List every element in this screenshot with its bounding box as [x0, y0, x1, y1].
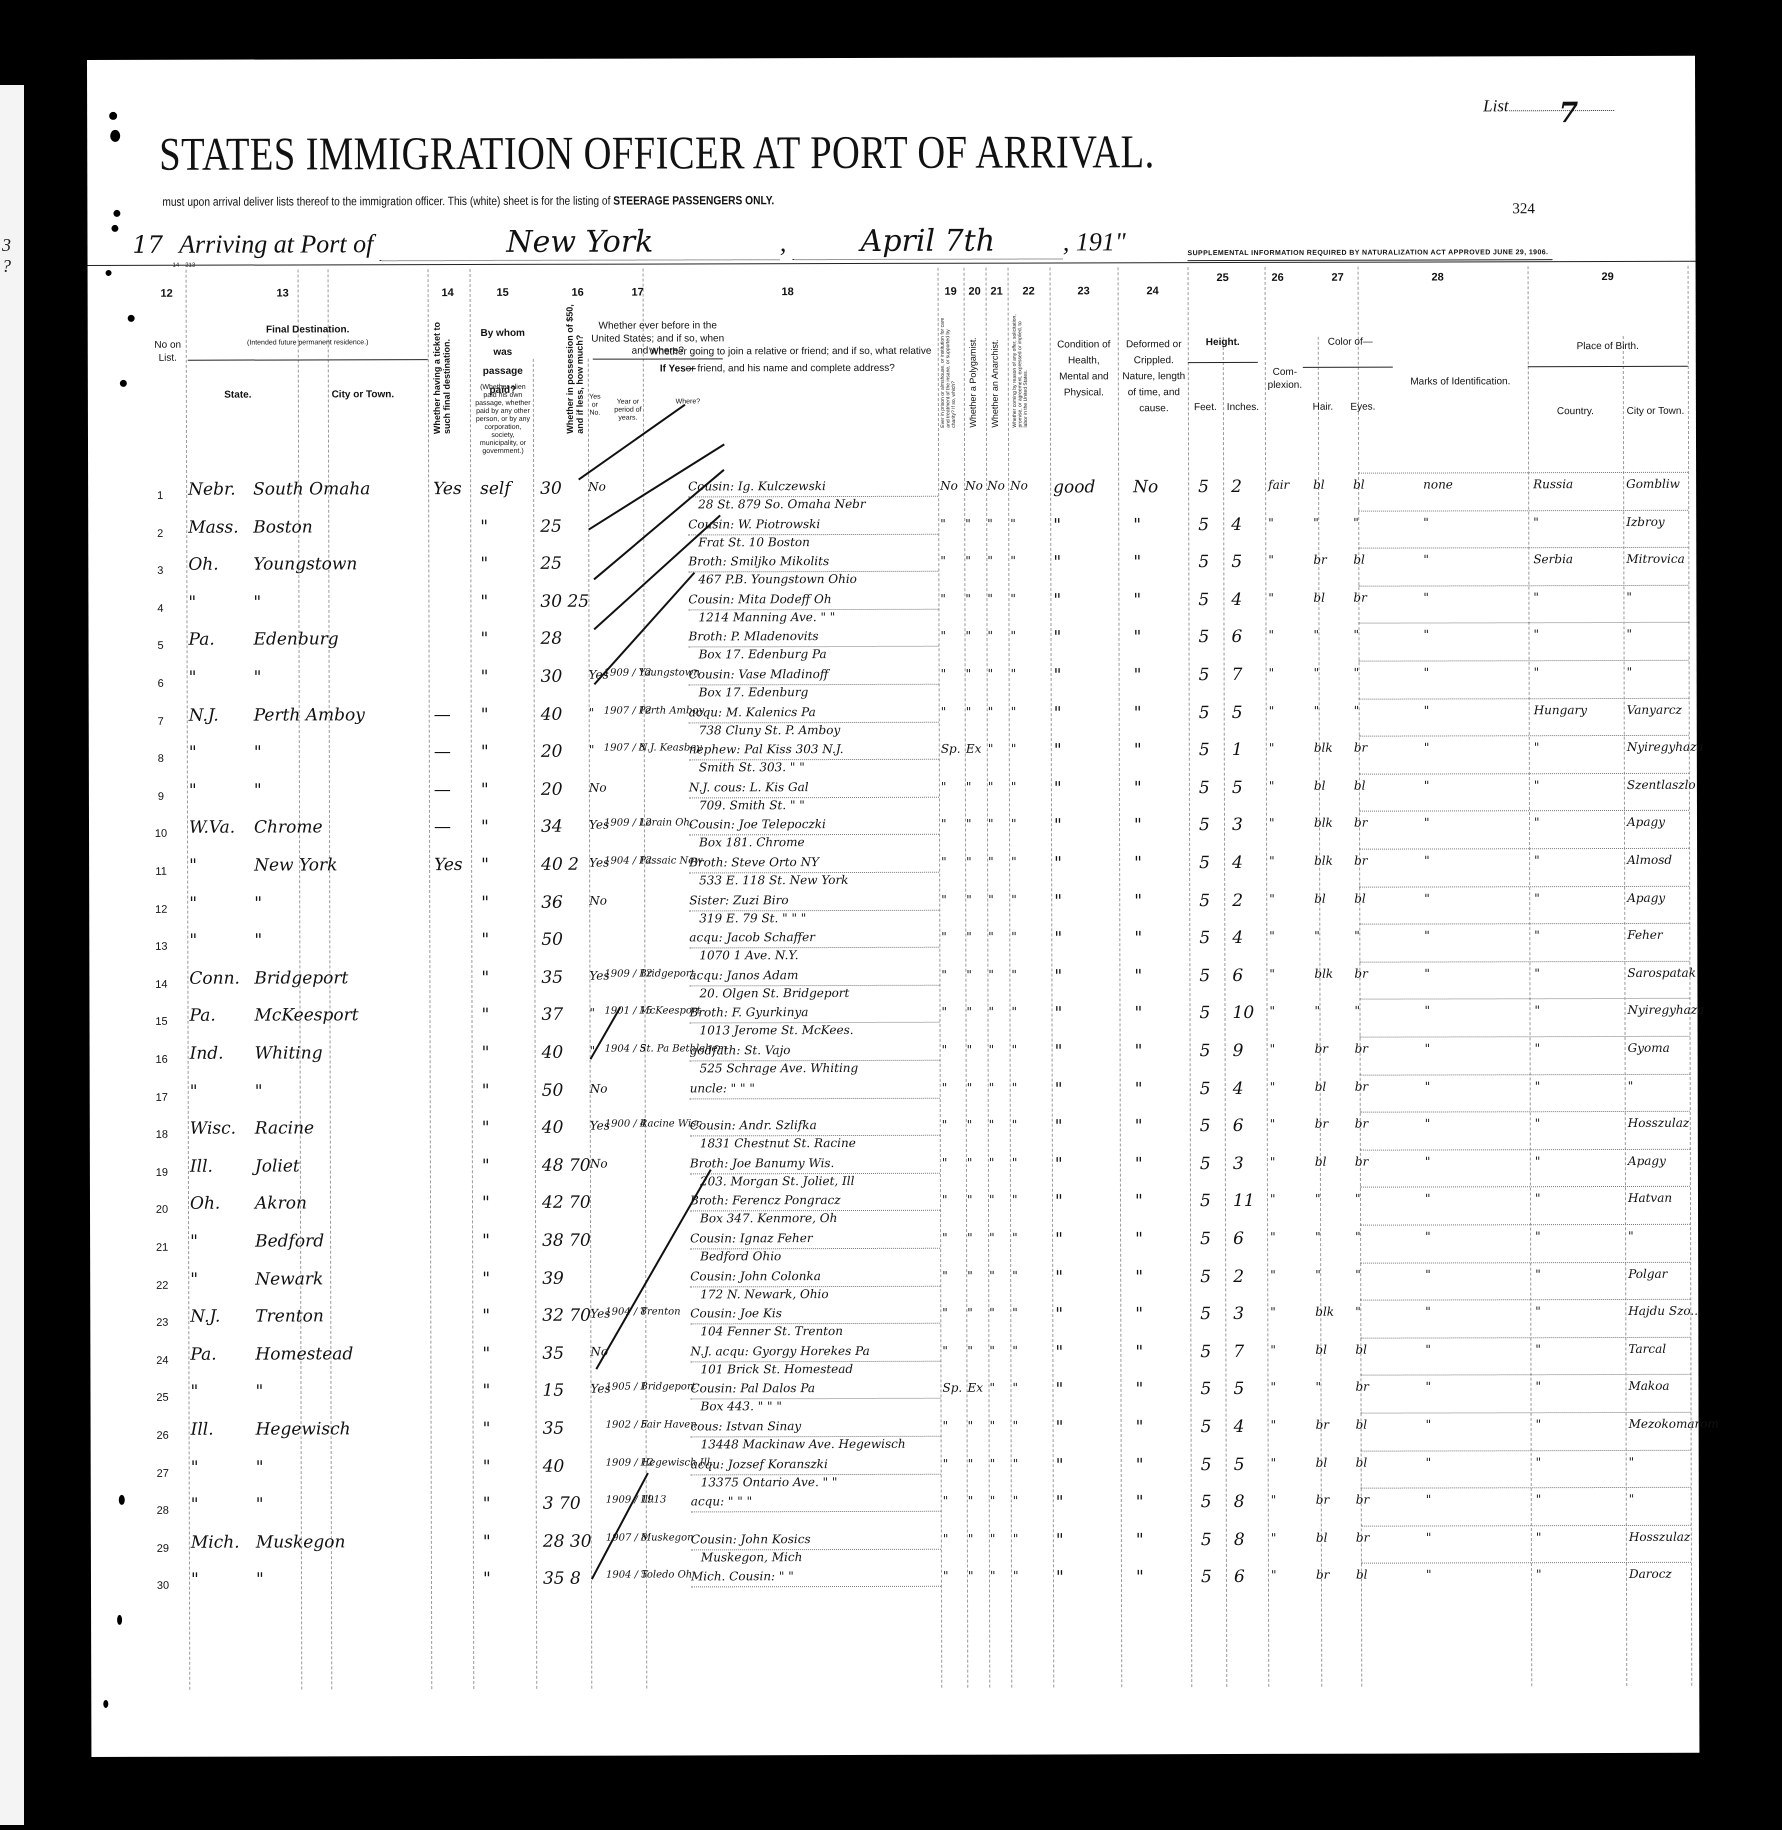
anarchist-value: ": [988, 818, 994, 830]
polygamist-value: ": [965, 517, 971, 529]
labor-contract-value: ": [1012, 1156, 1018, 1168]
hair-color: blk: [1314, 968, 1333, 980]
labor-contract-value: ": [1010, 630, 1016, 642]
deformed-value: ": [1134, 855, 1142, 872]
height-inches: 2: [1231, 479, 1242, 496]
complexion-value: ": [1269, 742, 1275, 754]
relative-name: Cousin: Mita Dodeff Oh: [688, 593, 831, 605]
hair-color: ": [1313, 516, 1319, 528]
destination-state: N.J.: [189, 707, 219, 724]
header-eyes: Eyes.: [1343, 402, 1383, 415]
marks-value: ": [1425, 1193, 1431, 1205]
destination-state: ": [189, 895, 197, 912]
previous-visit-where: Trenton: [640, 1308, 680, 1318]
labor-contract-value: ": [1013, 1532, 1019, 1544]
destination-city: Boston: [253, 519, 313, 536]
anarchist-value: ": [988, 1006, 994, 1018]
marks-value: ": [1425, 1381, 1431, 1393]
arrival-line: 17 Arriving at Port of New York , April …: [132, 223, 1125, 262]
relative-address: Box 17. Edenburg Pa: [699, 648, 827, 660]
previous-visit-where: Lorain Oh.: [639, 819, 693, 829]
birth-city: Hatvan: [1628, 1192, 1672, 1204]
anarchist-value: ": [989, 1382, 995, 1394]
height-inches: 6: [1231, 629, 1242, 646]
hair-color: br: [1315, 1043, 1328, 1055]
money-value: 40: [542, 1045, 564, 1062]
birth-city: ": [1628, 1230, 1634, 1242]
labor-contract-value: ": [1012, 1344, 1018, 1356]
header-top-rule: [88, 261, 1696, 266]
adjacent-page-edge: 3 ?: [0, 85, 24, 1825]
deformed-value: ": [1133, 517, 1141, 534]
marks-value: ": [1424, 742, 1430, 754]
complexion-value: ": [1270, 1268, 1276, 1280]
eye-color: br: [1356, 1494, 1369, 1506]
destination-state: Ill.: [191, 1422, 214, 1439]
list-label: List: [1483, 96, 1509, 115]
anarchist-value: ": [989, 1307, 995, 1319]
height-inches: 5: [1233, 1381, 1244, 1398]
row-rule: [1360, 1111, 1690, 1113]
row-rule: [691, 1511, 941, 1513]
complexion-value: ": [1269, 667, 1275, 679]
height-inches: 5: [1232, 705, 1243, 722]
eye-color: ": [1354, 930, 1360, 942]
destination-state: Mass.: [188, 519, 238, 536]
table-row: 11"New YorkYes"40 2Yes1904 / 12Passaic N…: [87, 56, 1695, 60]
health-value: ": [1056, 1532, 1064, 1549]
polygamist-value: ": [965, 630, 971, 642]
complexion-value: ": [1270, 1043, 1276, 1055]
eye-color: ": [1353, 629, 1359, 641]
row-rule: [1359, 697, 1689, 699]
column-divider: [588, 359, 592, 1689]
height-feet: 5: [1201, 1494, 1212, 1511]
height-inches: 4: [1232, 930, 1243, 947]
eye-color: ": [1354, 704, 1360, 716]
hair-color: bl: [1314, 892, 1326, 904]
anarchist-value: ": [989, 1044, 995, 1056]
col-number-16: 16: [563, 287, 593, 299]
birth-country: ": [1536, 1569, 1542, 1581]
marks-value: ": [1425, 1155, 1431, 1167]
polygamist-value: ": [966, 968, 972, 980]
destination-city: McKeesport: [254, 1008, 358, 1025]
birth-city: ": [1629, 1493, 1635, 1505]
birth-country: ": [1534, 779, 1540, 791]
row-number: 18: [152, 1129, 172, 1141]
height-inches: 4: [1232, 855, 1243, 872]
labor-contract-value: ": [1013, 1495, 1019, 1507]
health-value: good: [1053, 479, 1095, 496]
row-number: 9: [151, 791, 171, 803]
polygamist-value: ": [967, 1307, 973, 1319]
height-inches: 6: [1232, 968, 1243, 985]
complexion-value: ": [1269, 855, 1275, 867]
row-rule: [1358, 622, 1688, 624]
birth-city: Mezokomarom: [1629, 1418, 1719, 1430]
destination-state: Pa.: [190, 1346, 216, 1363]
row-rule: [1361, 1412, 1691, 1414]
health-value: ": [1054, 743, 1062, 760]
complexion-value: ": [1271, 1494, 1277, 1506]
destination-state: ": [190, 1384, 198, 1401]
labor-contract-value: ": [1013, 1457, 1019, 1469]
prison-value: ": [941, 1006, 947, 1018]
row-rule: [689, 834, 939, 836]
marks-value: ": [1425, 1268, 1431, 1280]
relative-name: Cousin: Joe Telepoczki: [689, 818, 826, 830]
relative-address: 104 Fenner St. Trenton: [700, 1325, 843, 1337]
before-in-us: No: [589, 781, 607, 793]
prison-value: ": [942, 1119, 948, 1131]
table-row: 13"""50acqu: Jacob Schaffer""""""54"""""…: [87, 56, 1695, 60]
deformed-value: ": [1134, 780, 1142, 797]
destination-city: Edenburg: [253, 632, 338, 649]
destination-city: ": [254, 745, 262, 762]
header-prison-almshouse: Ever in prison or almshouse, or institut…: [941, 313, 958, 428]
previous-visit-where: Bridgeport: [639, 969, 694, 979]
relative-name: acqu: Janos Adam: [689, 969, 798, 981]
complexion-value: ": [1270, 1080, 1276, 1092]
hair-color: blk: [1315, 1306, 1334, 1318]
complexion-value: ": [1268, 629, 1274, 641]
col-number-12: 12: [152, 288, 182, 300]
prison-value: ": [942, 1232, 948, 1244]
row-rule: [1359, 810, 1689, 812]
birth-country: ": [1535, 1268, 1541, 1280]
header-feet: Feet.: [1188, 402, 1223, 415]
ticket-value: —: [434, 744, 451, 761]
column-divider: [533, 359, 537, 1689]
destination-city: New York: [254, 857, 337, 874]
relative-address: 101 Brick St. Homestead: [700, 1363, 853, 1375]
destination-city: ": [255, 1384, 263, 1401]
labor-contract-value: ": [1011, 968, 1017, 980]
height-feet: 5: [1200, 1344, 1211, 1361]
row-rule: [690, 1248, 940, 1250]
column-divider: [1188, 267, 1193, 1687]
labor-contract-value: ": [1013, 1570, 1019, 1582]
header-color-of: Color of—: [1303, 337, 1398, 350]
birth-city: Darocz: [1629, 1568, 1672, 1580]
money-value: 25: [540, 518, 562, 535]
header-subrule: [1188, 362, 1258, 363]
passage-paid-by: ": [483, 1496, 491, 1513]
health-value: ": [1055, 1119, 1063, 1136]
header-deformed: Deformed or Crippled. Nature, length of …: [1120, 337, 1188, 417]
height-feet: 5: [1201, 1569, 1212, 1586]
polygamist-value: ": [968, 1457, 974, 1469]
deformed-value: ": [1133, 630, 1141, 647]
supplemental-banner: SUPPLEMENTAL INFORMATION REQUIRED BY NAT…: [1188, 249, 1549, 257]
arriving-label: Arriving at Port of: [179, 229, 373, 259]
height-inches: 4: [1231, 517, 1242, 534]
height-feet: 5: [1199, 667, 1210, 684]
passage-paid-by: ": [481, 669, 489, 686]
deformed-value: ": [1134, 1006, 1142, 1023]
ticket-value: —: [434, 819, 451, 836]
height-feet: 5: [1200, 1156, 1211, 1173]
anarchist-value: ": [987, 555, 993, 567]
height-inches: 4: [1233, 1081, 1244, 1098]
money-value: 20: [541, 744, 563, 761]
deformed-value: ": [1134, 930, 1142, 947]
relative-name: acqu: Jozsef Koranszki: [691, 1458, 828, 1470]
row-rule: [1360, 1261, 1690, 1263]
row-rule: [1360, 1149, 1690, 1151]
eye-color: bl: [1355, 1343, 1367, 1355]
header-labor-contract: Whether coming by reason of any offer, s…: [1013, 313, 1030, 428]
col-number-29: 29: [1588, 271, 1628, 283]
destination-city: Perth Amboy: [254, 707, 365, 724]
relative-address: 1013 Jerome St. McKees.: [700, 1024, 854, 1036]
health-value: ": [1053, 555, 1061, 572]
row-rule: [691, 1586, 941, 1588]
anarchist-value: ": [988, 856, 994, 868]
marks-value: ": [1425, 1306, 1431, 1318]
destination-state: Wisc.: [190, 1121, 236, 1138]
eye-color: bl: [1354, 779, 1366, 791]
header-ticket: Whether having a ticket to such final de…: [433, 304, 453, 434]
health-value: ": [1054, 705, 1062, 722]
prison-value: ": [942, 1157, 948, 1169]
row-number: 15: [152, 1016, 172, 1028]
relative-name: cous: Istvan Sinay: [691, 1420, 802, 1432]
money-value: 20: [541, 782, 563, 799]
health-value: ": [1054, 1006, 1062, 1023]
relative-address: 1214 Manning Ave. " ": [698, 611, 835, 623]
deformed-value: ": [1135, 1081, 1143, 1098]
prison-value: ": [941, 893, 947, 905]
ticket-value: —: [434, 707, 451, 724]
column-divider: [1118, 267, 1123, 1687]
polygamist-value: ": [967, 1081, 973, 1093]
marks-value: ": [1426, 1569, 1432, 1581]
prison-value: ": [943, 1533, 949, 1545]
marks-value: ": [1424, 704, 1430, 716]
complexion-value: ": [1271, 1532, 1277, 1544]
destination-state: ": [191, 1497, 199, 1514]
col-number-19: 19: [938, 286, 964, 298]
labor-contract-value: ": [1012, 1081, 1018, 1093]
destination-state: W.Va.: [189, 820, 235, 837]
previous-visit-where: Toledo Oh: [641, 1571, 692, 1581]
passage-paid-by: ": [482, 1120, 490, 1137]
passage-paid-by: ": [480, 556, 488, 573]
prison-value: ": [942, 1194, 948, 1206]
deformed-value: ": [1135, 1118, 1143, 1135]
punch-hole-mark: [110, 130, 120, 142]
birth-country: ": [1534, 1005, 1540, 1017]
punch-hole-mark: [109, 112, 117, 120]
deformed-value: ": [1135, 1344, 1143, 1361]
anarchist-value: ": [989, 1269, 995, 1281]
hair-color: ": [1315, 1231, 1321, 1243]
health-value: ": [1053, 630, 1061, 647]
relative-address: Frat St. 10 Boston: [698, 536, 810, 548]
passage-paid-by: ": [481, 970, 489, 987]
table-row: 14Conn.Bridgeport"35Yes1909 / 12Bridgepo…: [87, 56, 1695, 60]
birth-country: ": [1535, 1117, 1541, 1129]
health-value: ": [1054, 893, 1062, 910]
marks-value: ": [1425, 1343, 1431, 1355]
deformed-value: ": [1135, 1231, 1143, 1248]
deformed-value: ": [1136, 1570, 1144, 1587]
complexion-value: ": [1270, 1118, 1276, 1130]
header-year: Year or period of years.: [608, 399, 648, 423]
destination-city: Youngstown: [253, 556, 357, 573]
header-where: Where?: [668, 398, 708, 406]
row-number: 2: [150, 527, 170, 539]
passage-paid-by: ": [482, 1271, 490, 1288]
birth-city: Hosszulaz: [1628, 1117, 1689, 1129]
prison-value: ": [941, 818, 947, 830]
row-rule: [689, 947, 939, 949]
row-number: 16: [152, 1054, 172, 1066]
money-value: 30: [541, 669, 563, 686]
before-in-us: No: [589, 894, 607, 906]
birth-city: ": [1629, 1456, 1635, 1468]
money-value: 42 70: [542, 1195, 591, 1212]
health-value: ": [1055, 1081, 1063, 1098]
eye-color: bl: [1353, 554, 1365, 566]
eye-color: br: [1355, 1118, 1368, 1130]
prison-value: ": [940, 517, 946, 529]
passage-paid-by: ": [481, 744, 489, 761]
col-number-25: 25: [1188, 272, 1258, 284]
marks-value: ": [1424, 930, 1430, 942]
health-value: ": [1053, 592, 1061, 609]
passage-paid-by: ": [481, 782, 489, 799]
row-rule: [689, 797, 939, 799]
row-rule: [1361, 1562, 1691, 1564]
relative-name: acqu: M. Kalenics Pa: [689, 706, 816, 718]
passage-paid-by: ": [482, 1383, 490, 1400]
list-number-field: List 7: [1483, 96, 1614, 116]
header-passage-paid-note: (Whether alien paid his own passage, whe…: [473, 384, 533, 457]
destination-state: N.J.: [190, 1309, 220, 1326]
deformed-value: ": [1133, 554, 1141, 571]
birth-country: ": [1536, 1418, 1542, 1430]
birth-city: Polgar: [1628, 1267, 1667, 1279]
complexion-value: ": [1271, 1569, 1277, 1581]
destination-city: ": [254, 895, 262, 912]
table-row: 15Pa.McKeesport"37"1901 / 15McKeesportBr…: [87, 56, 1695, 60]
polygamist-value: ": [967, 1269, 973, 1281]
labor-contract-value: ": [1010, 555, 1016, 567]
destination-state: Oh.: [188, 557, 218, 574]
birth-country: ": [1535, 1155, 1541, 1167]
money-value: 39: [542, 1270, 564, 1287]
destination-city: Akron: [255, 1196, 307, 1213]
prison-value: ": [941, 856, 947, 868]
header-subrule: [188, 359, 428, 361]
row-rule: [1359, 923, 1689, 925]
header-country: Country.: [1528, 406, 1623, 419]
deformed-value: ": [1136, 1419, 1144, 1436]
relative-address: 13448 Mackinaw Ave. Hegewisch: [701, 1438, 906, 1451]
marks-value: ": [1423, 554, 1429, 566]
height-inches: 8: [1234, 1532, 1245, 1549]
birth-city: Gombliw: [1626, 478, 1680, 490]
height-feet: 5: [1200, 1193, 1211, 1210]
passage-paid-by: ": [480, 631, 488, 648]
money-value: 15: [542, 1383, 564, 1400]
previous-visit-where: Ill.: [641, 1496, 655, 1506]
polygamist-value: ": [967, 1119, 973, 1131]
deformed-value: ": [1134, 893, 1142, 910]
destination-city: ": [254, 933, 262, 950]
anarchist-value: ": [988, 668, 994, 680]
table-row: 2Mass.Boston"25Cousin: W. Piotrowski""""…: [87, 56, 1695, 60]
relative-name: Cousin: Joe Kis: [690, 1307, 782, 1319]
row-number: 3: [150, 565, 170, 577]
labor-contract-value: ": [1012, 1044, 1018, 1056]
height-feet: 5: [1198, 517, 1209, 534]
row-rule: [1359, 773, 1689, 775]
height-feet: 5: [1199, 855, 1210, 872]
passage-paid-by: ": [483, 1534, 491, 1551]
anarchist-value: ": [989, 1194, 995, 1206]
deformed-value: ": [1134, 705, 1142, 722]
marks-value: ": [1425, 1118, 1431, 1130]
before-in-us: No: [588, 481, 606, 493]
header-city-or-town: City or Town.: [298, 389, 428, 402]
deformed-value: ": [1135, 1269, 1143, 1286]
col-number-21: 21: [986, 286, 1008, 298]
destination-city: Hegewisch: [256, 1421, 351, 1438]
prison-value: ": [941, 781, 947, 793]
anarchist-value: ": [989, 1232, 995, 1244]
deformed-value: ": [1134, 818, 1142, 835]
row-number: 14: [151, 979, 171, 991]
height-feet: 5: [1201, 1532, 1212, 1549]
relative-address: 319 E. 79 St. " " ": [699, 912, 806, 924]
labor-contract-value: ": [1012, 1194, 1018, 1206]
prison-value: ": [943, 1570, 949, 1582]
row-rule: [1360, 1186, 1690, 1188]
birth-country: ": [1535, 1381, 1541, 1393]
col-number-20: 20: [964, 286, 986, 298]
header-place-of-birth: Place of Birth.: [1528, 341, 1688, 354]
header-polygamist: Whether a Polygamist.: [969, 323, 979, 428]
relative-name: N.J. acqu: Gyorgy Horekes Pa: [690, 1345, 869, 1357]
row-rule: [1359, 660, 1689, 662]
height-inches: 8: [1234, 1494, 1245, 1511]
destination-state: Pa.: [189, 1008, 215, 1025]
height-feet: 5: [1199, 893, 1210, 910]
relative-address: 13375 Ontario Ave. " ": [701, 1476, 838, 1488]
header-yes-or-no: Yes or No.: [588, 394, 602, 418]
health-value: ": [1055, 1307, 1063, 1324]
hair-color: ": [1314, 704, 1320, 716]
birth-city: Apagy: [1627, 891, 1665, 903]
hair-color: blk: [1314, 742, 1333, 754]
passage-paid-by: self: [480, 481, 511, 498]
row-number: 11: [151, 866, 171, 878]
table-row: 30"""35 81904 / 5Toledo OhMich. Cousin: …: [87, 56, 1695, 60]
labor-contract-value: ": [1011, 818, 1017, 830]
destination-city: ": [256, 1497, 264, 1514]
height-inches: 2: [1233, 1269, 1244, 1286]
relative-name: Sister: Zuzi Biro: [689, 894, 788, 906]
table-row: 3Oh.Youngstown"25Broth: Smiljko Mikolits…: [87, 56, 1695, 60]
punch-hole-mark: [113, 210, 120, 217]
table-row: 10W.Va.Chrome—"34Yes1909 / 12Lorain Oh.C…: [87, 56, 1695, 60]
row-rule: [689, 759, 939, 761]
relative-name: Broth: Ferencz Pongracz: [690, 1194, 841, 1206]
